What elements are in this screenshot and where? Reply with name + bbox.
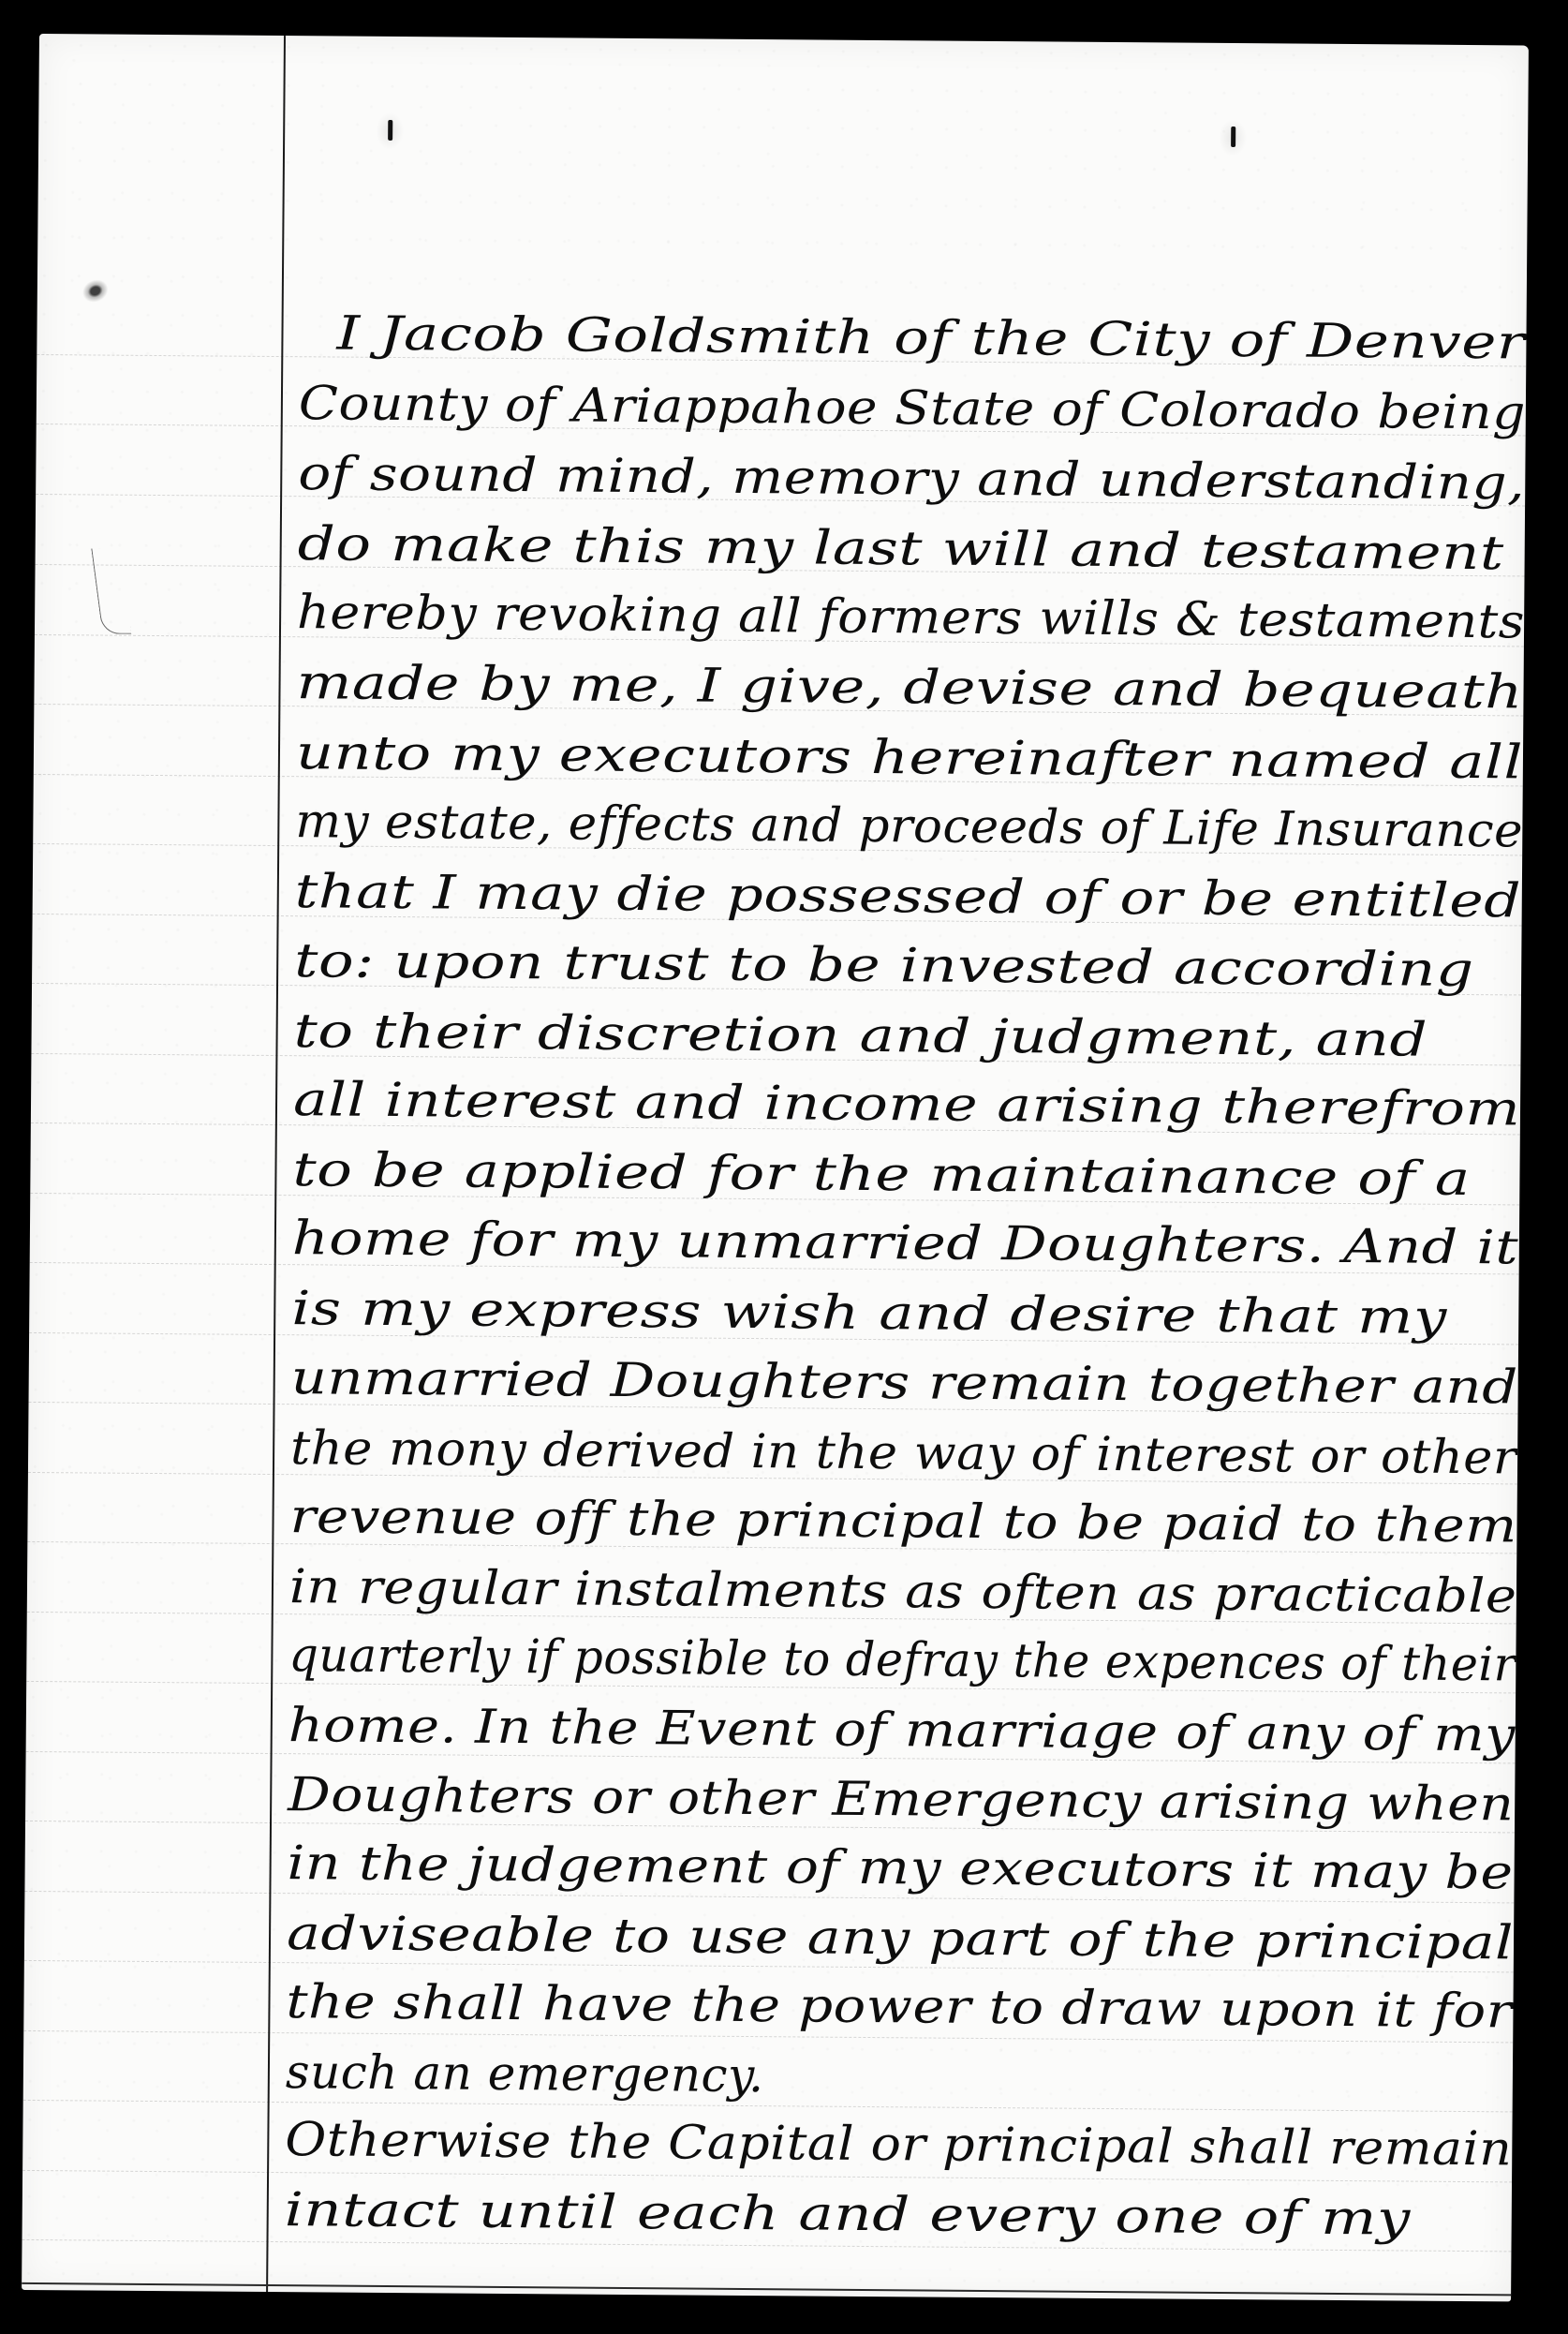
handwritten-line: to: upon trust to be invested according	[294, 937, 1474, 993]
ruled-line	[23, 2100, 1513, 2112]
handwritten-line: unto my executors hereinafter named all	[296, 729, 1523, 785]
handwritten-line: hereby revoking all formers wills & test…	[297, 588, 1525, 645]
handwritten-line: in the judgement of my executors it may …	[287, 1839, 1513, 1895]
handwritten-line: do make this my last will and testament	[298, 520, 1504, 576]
document-page: I Jacob Goldsmith of the City of DenverC…	[22, 34, 1529, 2301]
handwritten-line: intact until each and every one of my	[285, 2186, 1412, 2241]
margin-line	[266, 36, 286, 2292]
handwritten-line: in regular instalments as often as pract…	[289, 1563, 1517, 1619]
page-marks	[39, 34, 1529, 45]
handwritten-line: that I may die possessed of or be entitl…	[295, 868, 1522, 924]
handwritten-line: of sound mind, memory and understanding,	[298, 450, 1525, 506]
binding-mark	[1231, 126, 1235, 147]
handwritten-text-body: I Jacob Goldsmith of the City of DenverC…	[302, 36, 1510, 45]
bottom-edge-line	[22, 2282, 1511, 2296]
handwritten-line: I Jacob Goldsmith of the City of Denver	[336, 310, 1525, 366]
handwritten-line: home for my unmarried Doughters. And it	[292, 1214, 1519, 1271]
handwritten-line: the mony derived in the way of interest …	[290, 1424, 1517, 1480]
handwritten-line: Otherwise the Capital or principal shall…	[285, 2116, 1512, 2172]
handwritten-line: to their discretion and judgment, and	[293, 1007, 1427, 1063]
handwritten-line: all interest and income arising therefro…	[293, 1076, 1521, 1132]
handwritten-line: my estate, effects and proceeds of Life …	[295, 797, 1523, 854]
handwritten-line: County of Ariappahoe State of Colorado b…	[299, 379, 1526, 436]
handwritten-line: quarterly if possible to defray the expe…	[288, 1631, 1516, 1687]
handwritten-line: made by me, I give, devise and bequeath	[296, 659, 1523, 715]
handwritten-line: home. In the Event of marriage of any of…	[288, 1702, 1516, 1758]
handwritten-line: adviseable to use any part of the princi…	[287, 1910, 1514, 1966]
pencil-hook-mark	[91, 548, 131, 633]
handwritten-line: the shall have the power to draw upon it…	[286, 1978, 1513, 2034]
handwritten-line: unmarried Doughters remain together and	[291, 1354, 1518, 1410]
ink-smudge-mark	[74, 276, 114, 314]
handwritten-line: to be applied for the maintainance of a	[292, 1146, 1471, 1202]
handwritten-line: is my express wish and desire that my	[291, 1285, 1447, 1341]
handwritten-line: Doughters or other Emergency arising whe…	[288, 1771, 1515, 1827]
handwritten-line: revenue off the principal to be paid to …	[289, 1493, 1517, 1549]
binding-mark	[388, 120, 392, 141]
handwritten-line: such an emergency.	[286, 2048, 764, 2099]
ruled-lines	[39, 34, 1529, 45]
